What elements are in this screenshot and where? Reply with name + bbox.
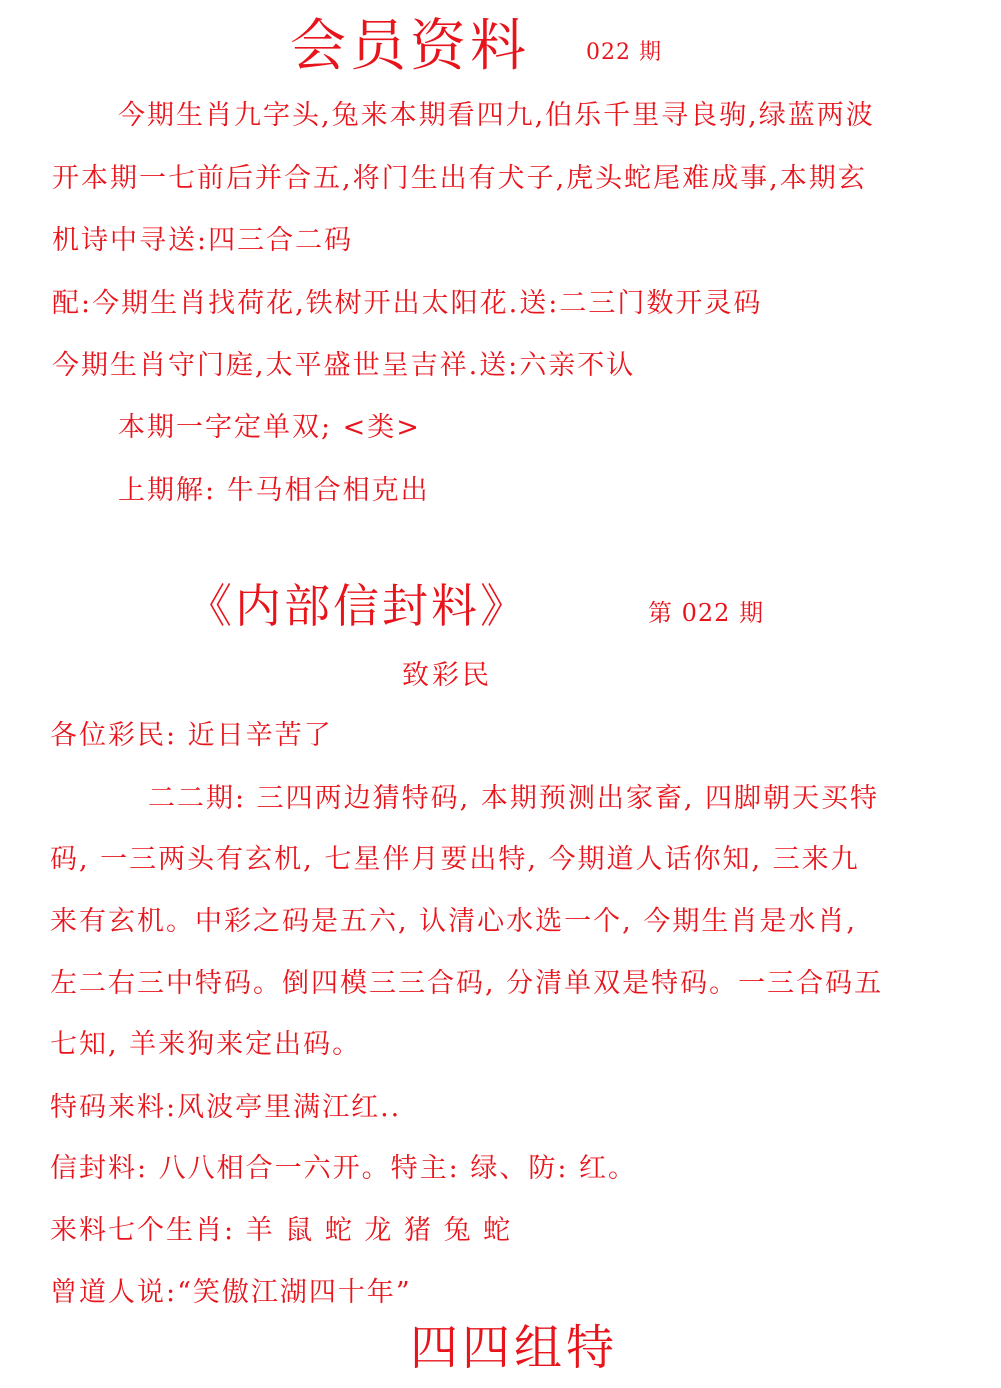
envelope-line: 码, 一三两头有玄机, 七星伴月要出特, 今期道人话你知, 三来九 — [50, 845, 860, 875]
envelope-issue: 第 022 期 — [648, 598, 764, 628]
member-info-issue: 022 期 — [586, 38, 662, 68]
member-info-line: 机诗中寻送:四三合二码 — [52, 226, 353, 256]
member-info-line: 配:今期生肖找荷花,铁树开出太阳花.送:二三门数开灵码 — [52, 289, 762, 319]
member-info-line: 开本期一七前后并合五,将门生出有犬子,虎头蛇尾难成事,本期玄 — [52, 164, 867, 194]
four-four-group-title: 四四组特 — [410, 1318, 618, 1378]
envelope-line: 来料七个生肖: 羊 鼠 蛇 龙 猪 兔 蛇 — [50, 1216, 512, 1246]
envelope-line: 左二右三中特码。倒四模三三合码, 分清单双是特码。一三合码五 — [50, 969, 883, 999]
envelope-subtitle: 致彩民 — [402, 660, 492, 692]
member-info-line: 今期生肖守门庭,太平盛世呈吉祥.送:六亲不认 — [52, 351, 635, 381]
envelope-line: 来有玄机。中彩之码是五六, 认清心水选一个, 今期生肖是水肖, — [50, 907, 857, 937]
envelope-line: 曾道人说:“笑傲江湖四十年” — [50, 1278, 412, 1308]
member-info-line: 今期生肖九字头,兔来本期看四九,伯乐千里寻良驹,绿蓝两波 — [118, 101, 875, 131]
envelope-line: 信封料: 八八相合一六开。特主: 绿、防: 红。 — [50, 1154, 637, 1184]
envelope-line: 特码来料:风波亭里满江红.. — [50, 1093, 401, 1123]
member-info-line: 本期一字定单双; <类> — [118, 413, 421, 443]
envelope-line: 二二期: 三四两边猜特码, 本期预测出家畜, 四脚朝天买特 — [148, 784, 879, 814]
envelope-line: 七知, 羊来狗来定出码。 — [50, 1030, 361, 1060]
member-info-title: 会员资料 — [290, 12, 530, 82]
envelope-title: 《内部信封料》 — [186, 578, 529, 634]
member-info-line: 上期解: 牛马相合相克出 — [118, 476, 430, 506]
envelope-line: 各位彩民: 近日辛苦了 — [50, 721, 333, 751]
